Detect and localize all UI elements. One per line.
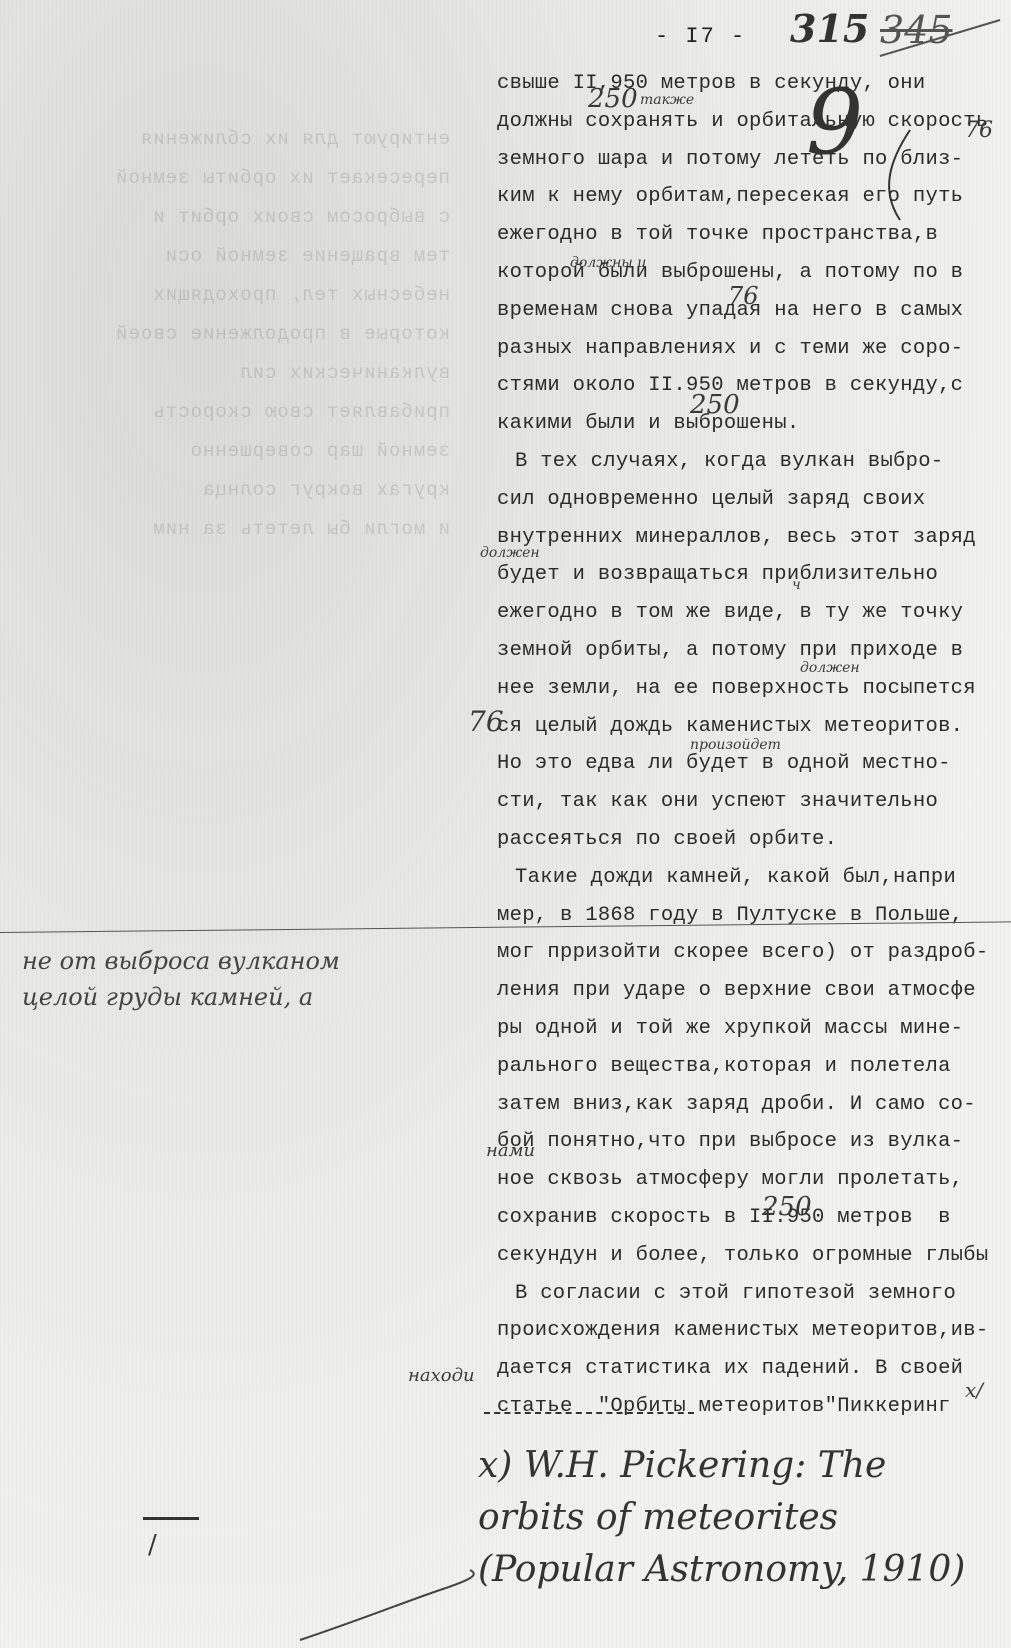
pen-strokes bbox=[0, 0, 1011, 1648]
scanned-page: ентируют для их сближения пересекает их … bbox=[0, 0, 1011, 1648]
